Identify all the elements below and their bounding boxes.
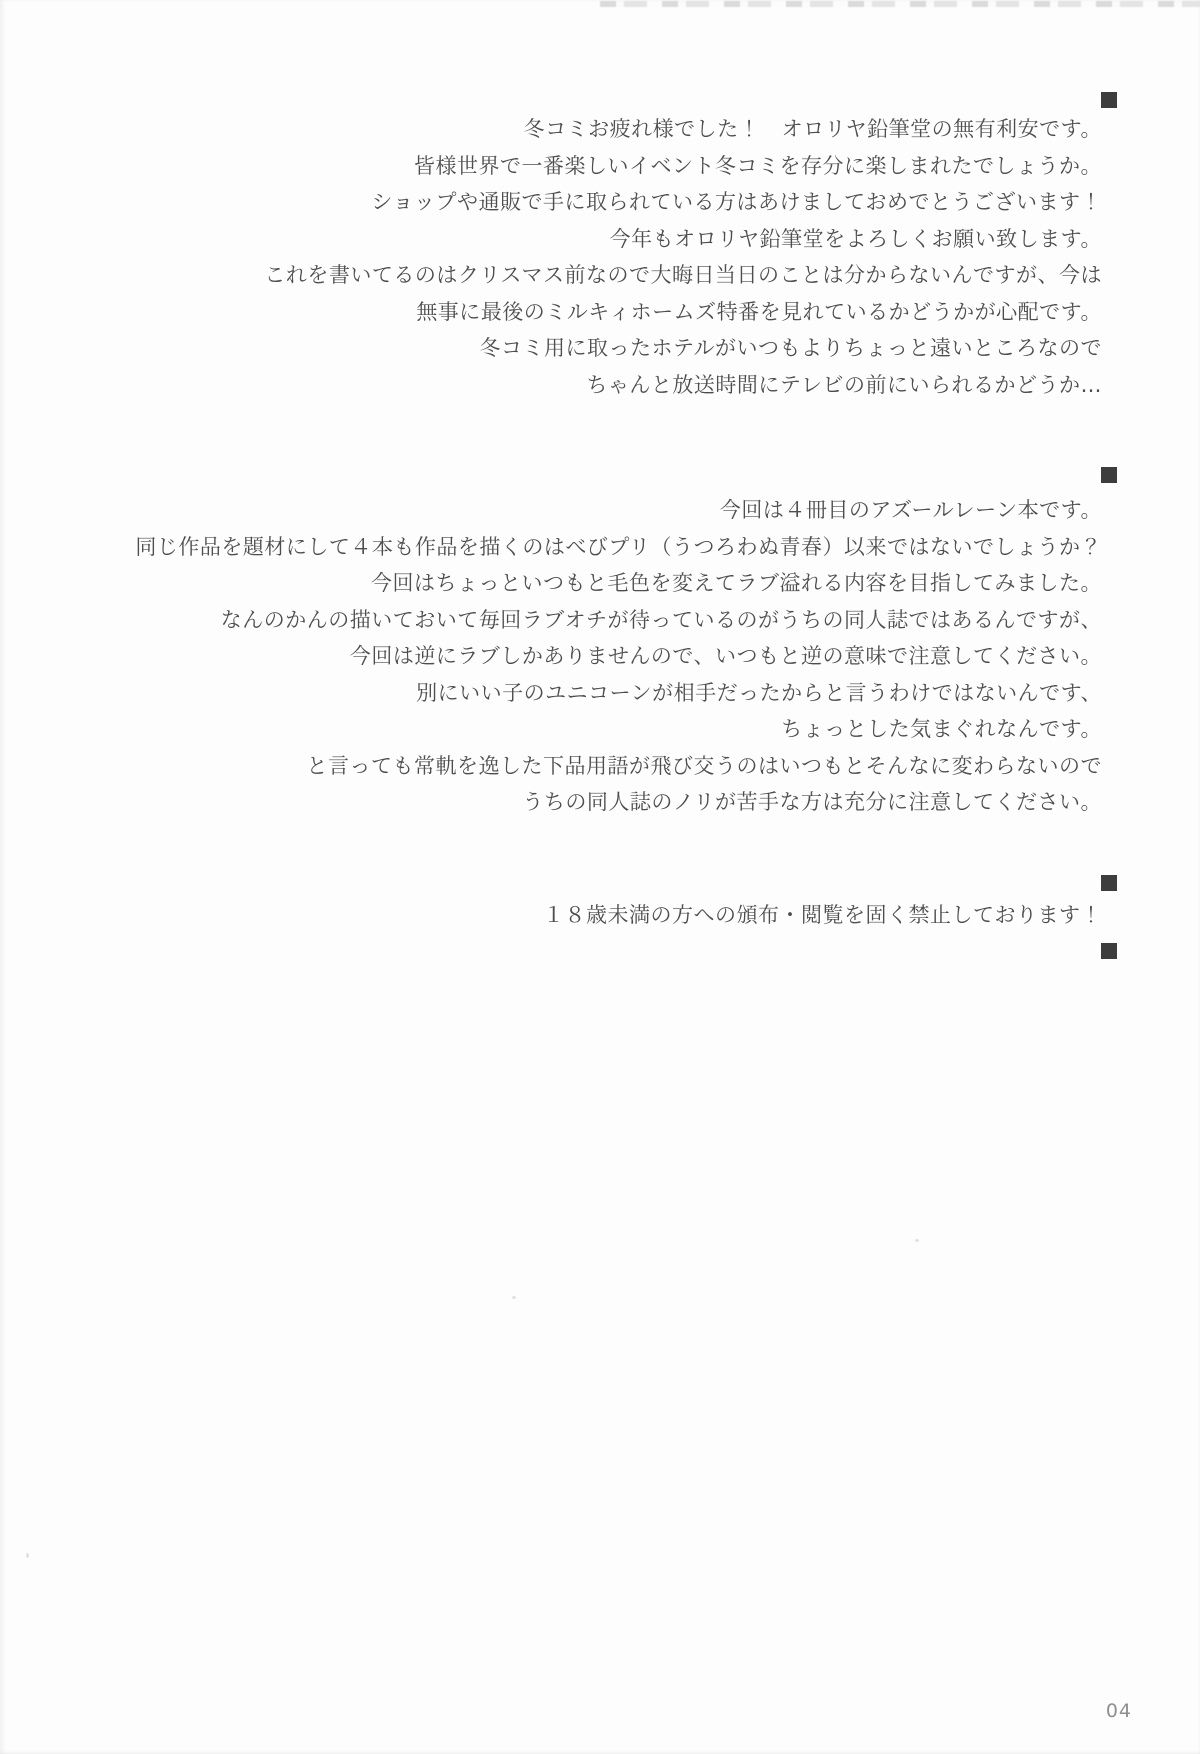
text-line: うちの同人誌のノリが苦手な方は充分に注意してください。 [60, 784, 1102, 821]
text-line: 冬コミ用に取ったホテルがいつもよりちょっと遠いところなので [60, 330, 1102, 367]
text-line: 今回はちょっといつもと毛色を変えてラブ溢れる内容を目指してみました。 [60, 565, 1102, 602]
text-line: 今年もオロリヤ鉛筆堂をよろしくお願い致します。 [60, 221, 1102, 258]
text-line: 皆様世界で一番楽しいイベント冬コミを存分に楽しまれたでしょうか。 [60, 148, 1102, 185]
text-line: 冬コミお疲れ様でした！ オロリヤ鉛筆堂の無有利安です。 [60, 111, 1102, 148]
page-number: 04 [1106, 1700, 1132, 1722]
age-warning-paragraph: １８歳未満の方への頒布・閲覧を固く禁止しております！ [60, 897, 1102, 934]
text-line: 今回は４冊目のアズールレーン本です。 [60, 492, 1102, 529]
section-marker-square-icon [1101, 875, 1117, 891]
section-marker-square-icon [1101, 943, 1117, 959]
greeting-paragraph: 冬コミお疲れ様でした！ オロリヤ鉛筆堂の無有利安です。 皆様世界で一番楽しいイベ… [60, 111, 1102, 403]
text-line: 今回は逆にラブしかありませんので、いつもと逆の意味で注意してください。 [60, 638, 1102, 675]
scanned-afterword-page: 冬コミお疲れ様でした！ オロリヤ鉛筆堂の無有利安です。 皆様世界で一番楽しいイベ… [0, 0, 1200, 1754]
scan-speck [26, 1553, 29, 1558]
scan-artifact-strip [600, 1, 1200, 7]
text-line: ショップや通販で手に取られている方はあけましておめでとうございます！ [60, 184, 1102, 221]
text-line: なんのかんの描いておいて毎回ラブオチが待っているのがうちの同人誌ではあるんですが… [60, 602, 1102, 639]
text-line: これを書いてるのはクリスマス前なので大晦日当日のことは分からないんですが、今は [60, 257, 1102, 294]
text-line: １８歳未満の方への頒布・閲覧を固く禁止しております！ [60, 897, 1102, 934]
scan-speck [512, 1296, 516, 1299]
text-line: ちょっとした気まぐれなんです。 [60, 711, 1102, 748]
text-line: 別にいい子のユニコーンが相手だったからと言うわけではないんです、 [60, 675, 1102, 712]
text-line: と言っても常軌を逸した下品用語が飛び交うのはいつもとそんなに変わらないので [60, 748, 1102, 785]
section-marker-square-icon [1101, 467, 1117, 483]
scan-speck [915, 1239, 919, 1242]
book-intro-paragraph: 今回は４冊目のアズールレーン本です。 同じ作品を題材にして４本も作品を描くのはべ… [60, 492, 1102, 821]
text-line: 無事に最後のミルキィホームズ特番を見れているかどうかが心配です。 [60, 294, 1102, 331]
section-marker-square-icon [1101, 92, 1117, 108]
text-line: ちゃんと放送時間にテレビの前にいられるかどうか… [60, 367, 1102, 404]
text-line: 同じ作品を題材にして４本も作品を描くのはべびプリ（うつろわぬ青春）以来ではないで… [60, 529, 1102, 566]
